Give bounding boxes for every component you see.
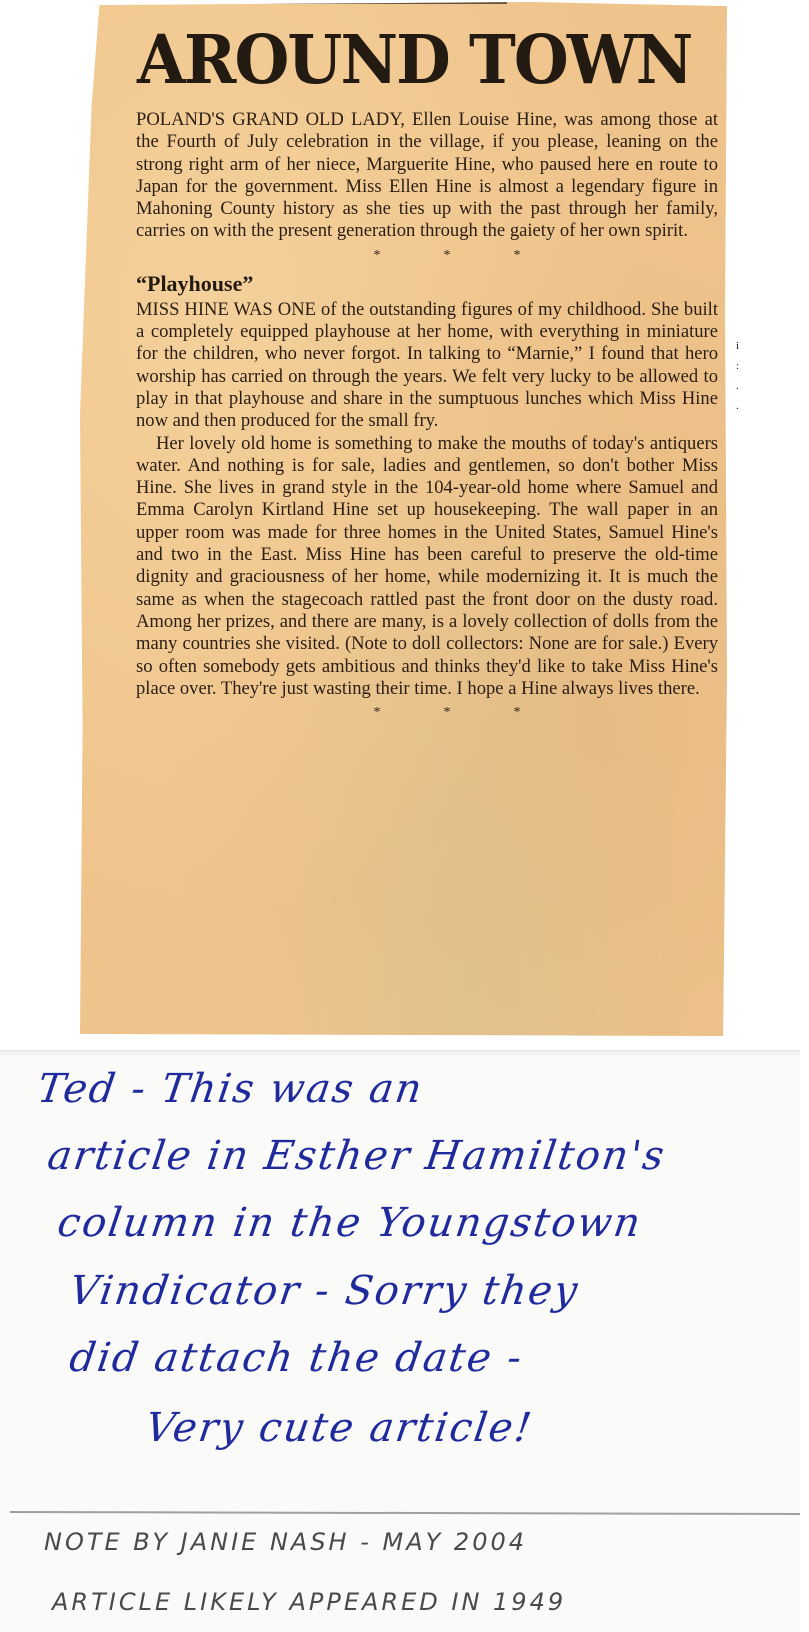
separator-star: * — [412, 700, 482, 726]
adjacent-column-fragment: i:.. — [736, 336, 742, 416]
handwritten-line: column in the Youngstown — [55, 1200, 645, 1246]
pencil-note-line: NOTE BY JANIE NASH - MAY 2004 — [44, 1528, 527, 1556]
paragraph-old-home: Her lovely old home is something to make… — [136, 433, 718, 701]
handwritten-line: Ted - This was an — [35, 1066, 427, 1112]
section-separator: *** — [136, 243, 718, 269]
subhead-playhouse: “Playhouse” — [136, 269, 718, 299]
handwritten-line: Very cute article! — [143, 1405, 536, 1451]
end-separator: *** — [136, 700, 718, 726]
lede-caps: MISS HINE WAS ONE — [136, 299, 316, 320]
separator-star: * — [482, 243, 552, 269]
article-body: POLAND'S GRAND OLD LADY, Ellen Louise Hi… — [136, 109, 718, 726]
clipping-top-edge-shadow — [119, 2, 507, 4]
lede-caps: POLAND'S GRAND OLD LADY, — [136, 109, 405, 130]
newspaper-clipping: AROUND TOWN POLAND'S GRAND OLD LADY, Ell… — [80, 2, 727, 1036]
paragraph-playhouse: MISS HINE WAS ONE of the outstanding fig… — [136, 299, 718, 433]
paragraph-poland-grand-old-lady: POLAND'S GRAND OLD LADY, Ellen Louise Hi… — [136, 109, 718, 243]
separator-star: * — [482, 700, 552, 726]
handwritten-line: did attach the date - — [67, 1335, 527, 1381]
column-headline: AROUND TOWN — [137, 24, 692, 96]
separator-star: * — [342, 700, 412, 726]
separator-star: * — [412, 243, 482, 269]
handwritten-line: Vindicator - Sorry they — [67, 1268, 582, 1314]
handwritten-line: article in Esther Hamilton's — [45, 1133, 669, 1179]
pencil-note-line: ARTICLE LIKELY APPEARED IN 1949 — [52, 1588, 566, 1616]
separator-star: * — [342, 243, 412, 269]
